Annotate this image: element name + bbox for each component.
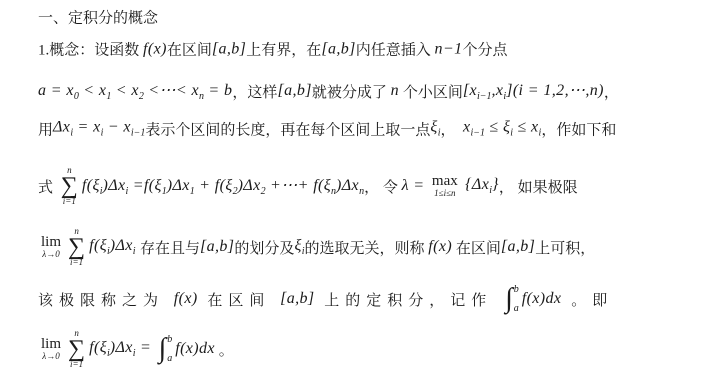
sum-operator: n∑i=1 xyxy=(68,227,85,267)
math-run: {Δxi} xyxy=(461,176,499,196)
text-run: 个小区间 xyxy=(399,81,463,102)
math-run: f(ξi)Δxi xyxy=(89,237,140,257)
text-run: 上可积， xyxy=(535,237,595,258)
text-run: 。 xyxy=(215,339,234,360)
text-run: 。即 xyxy=(561,289,613,310)
math-run: f(x) xyxy=(174,290,198,308)
math-run: xi−1 ≤ ξi ≤ xi xyxy=(463,119,541,139)
text-run: ， xyxy=(604,81,619,102)
paragraph-limit-exists: limλ→0n∑i=1f(ξi)Δxi 存在且与[a,b]的划分及ξi的选取无关… xyxy=(38,227,595,267)
lim-operator: limλ→0 xyxy=(41,337,61,361)
text-run: 用 xyxy=(38,119,53,140)
paragraph-interval-length: 用Δxi = xi − xi−1表示个区间的长度，再在每个区间上取一点ξi， x… xyxy=(38,119,616,140)
text-run: 在区间 xyxy=(198,289,281,310)
text-run: ， 如果极限 xyxy=(499,176,578,197)
text-run: 一、定积分的概念 xyxy=(38,7,158,28)
math-run: ξi xyxy=(294,237,304,257)
math-run: f(x)dx xyxy=(522,290,562,308)
text-run: ，作如下和 xyxy=(541,119,616,140)
document-title: 一、定积分的概念 xyxy=(38,7,158,28)
text-run: 的选取无关，则称 xyxy=(304,237,428,258)
text-run: 的划分及 xyxy=(234,237,294,258)
math-run: f(ξi)Δxi =f(ξ1)Δx1 + f(ξ2)Δx2 +⋯+ f(ξn)Δ… xyxy=(82,175,364,197)
math-run: n−1 xyxy=(435,40,463,58)
paragraph-partition: a = x0 < x1 < x2 <⋯< xn = b，这样[a,b]就被分成了… xyxy=(38,80,619,102)
text-run: 式 xyxy=(38,176,57,197)
math-run: f(x) xyxy=(143,40,167,58)
text-run: ， xyxy=(440,119,463,140)
math-run: [a,b] xyxy=(280,290,314,308)
text-run: 表示个区间的长度，再在每个区间上取一点 xyxy=(145,119,430,140)
text-run: 在区间 xyxy=(452,237,501,258)
math-run: ξi xyxy=(430,119,440,139)
math-run: a = x0 < x1 < x2 <⋯< xn = b xyxy=(38,80,232,102)
paragraph-riemann-sum: 式 n∑i=1f(ξi)Δxi =f(ξ1)Δx1 + f(ξ2)Δx2 +⋯+… xyxy=(38,166,578,206)
math-run: [a,b] xyxy=(200,238,234,256)
math-run: λ = xyxy=(402,177,429,195)
math-run: [a,b] xyxy=(212,40,246,58)
max-operator: max1≤i≤n xyxy=(432,174,458,198)
text-run: ， 令 xyxy=(364,176,402,197)
text-run: 在区间 xyxy=(167,39,212,60)
math-run: [a,b] xyxy=(321,40,355,58)
document-page: { "page": { "background": "#ffffff", "te… xyxy=(0,0,716,379)
math-run: f(x)dx xyxy=(175,340,215,358)
math-run: f(ξi)Δxi = xyxy=(89,339,155,359)
text-run: 该极限称之为 xyxy=(38,289,174,310)
math-run: [a,b] xyxy=(501,238,535,256)
lim-operator: limλ→0 xyxy=(41,235,61,259)
text-run: 个分点 xyxy=(463,39,508,60)
text-run: 1.概念：设函数 xyxy=(38,39,143,60)
math-run: f(x) xyxy=(428,238,452,256)
text-run: 上有界，在 xyxy=(246,39,321,60)
text-run: 内任意插入 xyxy=(356,39,435,60)
text-run: 上的定积分，记作 xyxy=(315,289,503,310)
sum-operator: n∑i=1 xyxy=(68,329,85,369)
math-run: n xyxy=(391,82,399,100)
text-run: ，这样 xyxy=(232,81,277,102)
math-run: [a,b] xyxy=(277,82,311,100)
integral-operator: ∫ba xyxy=(159,334,173,364)
paragraph-called-integral: 该极限称之为 f(x) 在区间 [a,b] 上的定积分，记作 ∫baf(x)dx… xyxy=(38,284,613,314)
paragraph-final-equation: limλ→0n∑i=1f(ξi)Δxi = ∫baf(x)dx 。 xyxy=(38,329,234,369)
math-run: [xi−1,xi](i = 1,2,⋯,n) xyxy=(463,80,604,102)
integral-operator: ∫ba xyxy=(505,284,519,314)
paragraph-definition-intro: 1.概念：设函数 f(x)在区间[a,b]上有界，在[a,b]内任意插入 n−1… xyxy=(38,39,508,60)
sum-operator: n∑i=1 xyxy=(61,166,78,206)
math-run: Δxi = xi − xi−1 xyxy=(53,119,145,139)
text-run: 就被分成了 xyxy=(312,81,391,102)
text-run: 存在且与 xyxy=(140,237,200,258)
